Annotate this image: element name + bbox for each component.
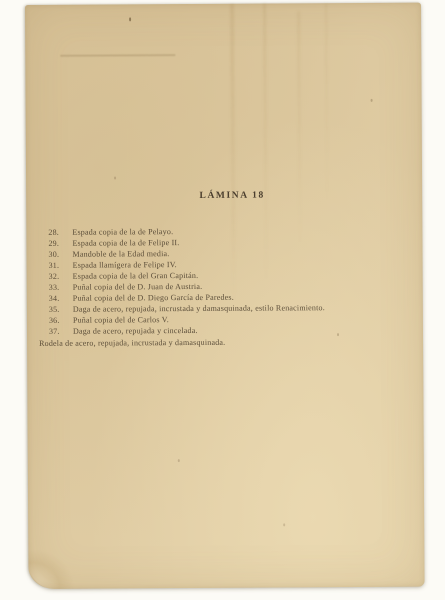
- ink-speck: [114, 176, 116, 179]
- closing-line: Rodela de acero, repujada, incrustada y …: [39, 337, 225, 349]
- water-stain-streak: [325, 3, 328, 203]
- item-number: 32.: [49, 271, 65, 282]
- item-text: Mandoble de la Edad media.: [72, 248, 169, 260]
- scanned-page-stage: LÁMINA 18 28.Espada copia de la de Pelay…: [0, 0, 445, 600]
- item-number: 29.: [48, 238, 64, 249]
- item-text: Espada copia de la del Gran Capitán.: [73, 270, 199, 282]
- item-text: Puñal copia del de Carlos V.: [73, 314, 169, 326]
- curled-corner: [28, 549, 74, 589]
- ink-speck: [129, 17, 131, 21]
- item-number: 34.: [49, 293, 65, 304]
- item-number: 31.: [49, 260, 65, 271]
- item-text: Espada copia de la de Felipe II.: [72, 237, 179, 249]
- item-number: 35.: [49, 304, 65, 315]
- item-number: 36.: [49, 315, 65, 326]
- item-list: 28.Espada copia de la de Pelayo.29.Espad…: [48, 225, 409, 337]
- item-number: 30.: [48, 249, 64, 260]
- item-text: Daga de acero, repujada y cincelada.: [73, 325, 198, 337]
- scratch-mark: [60, 54, 175, 57]
- item-text: Espada llamígera de Felipe IV.: [73, 259, 177, 271]
- list-item: 37.Daga de acero, repujada y cincelada.: [49, 324, 409, 337]
- plate-heading: LÁMINA 18: [34, 190, 430, 202]
- ink-speck: [283, 523, 285, 526]
- item-number: 37.: [49, 326, 65, 337]
- ink-speck: [178, 459, 180, 462]
- item-text: Daga de acero, repujada, incrustada y da…: [73, 302, 325, 315]
- water-stain-streak: [297, 11, 301, 246]
- item-text: Puñal copia del de D. Juan de Austria.: [73, 281, 203, 293]
- ink-speck: [371, 99, 373, 102]
- item-number: 33.: [49, 282, 65, 293]
- book-page: LÁMINA 18 28.Espada copia de la de Pelay…: [25, 3, 425, 589]
- item-number: 28.: [48, 227, 64, 238]
- item-text: Espada copia de la de Pelayo.: [72, 226, 173, 238]
